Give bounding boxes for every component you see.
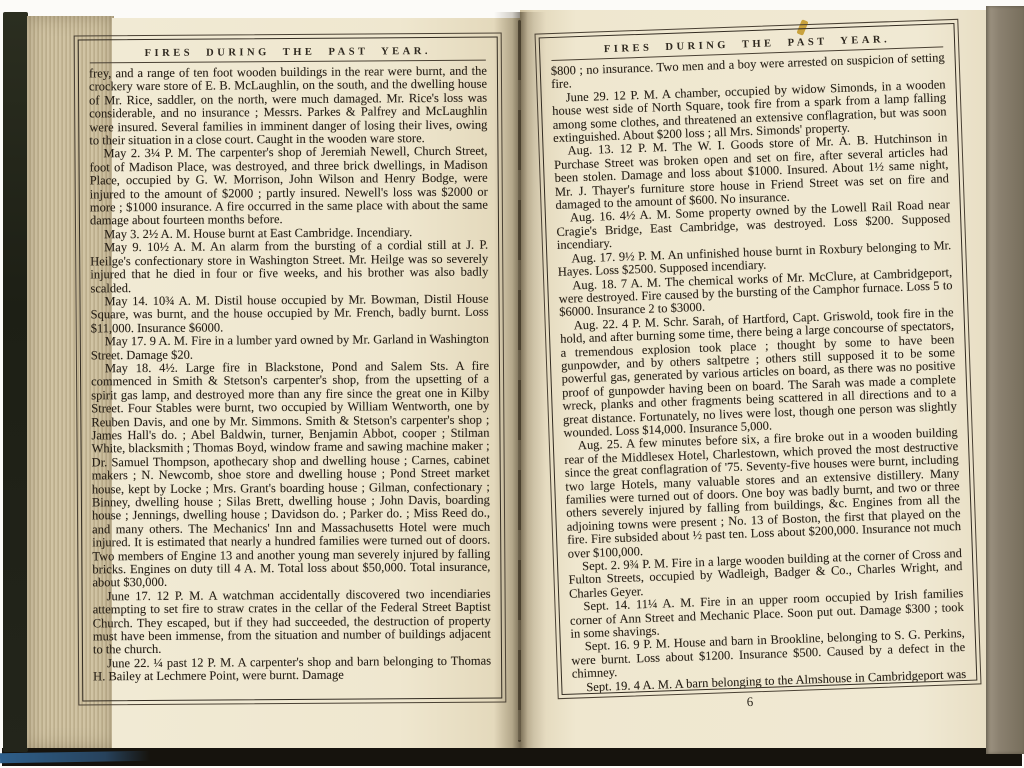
body-paragraph: Aug. 25. A few minutes before six, a fir…	[564, 426, 962, 560]
right-page-block	[986, 6, 1024, 754]
body-paragraph: June 22. ¼ past 12 P. M. A carpenter's s…	[93, 654, 491, 684]
right-page-frame: FIRES DURING THE PAST YEAR. $800 ; no in…	[535, 19, 982, 699]
left-page-text-block: FIRES DURING THE PAST YEAR. frey, and a …	[78, 37, 503, 702]
body-paragraph: May 18. 4½. Large fire in Blackstone, Po…	[91, 360, 491, 591]
body-paragraph: Aug. 22. 4 P. M. Schr. Sarah, of Hartfor…	[560, 306, 958, 440]
left-body-text: frey, and a range of ten foot wooden bui…	[89, 65, 491, 684]
body-paragraph: May 2. 3¼ P. M. The carpenter's shop of …	[89, 145, 488, 228]
left-page-frame: FIRES DURING THE PAST YEAR. frey, and a …	[74, 33, 507, 706]
right-page-text-block: FIRES DURING THE PAST YEAR. $800 ; no in…	[539, 23, 978, 695]
table-surface	[2, 748, 1022, 766]
body-paragraph: May 17. 9 A. M. Fire in a lumber yard ow…	[91, 333, 489, 363]
body-paragraph: May 9. 10½ A. M. An alarm from the burst…	[90, 239, 488, 295]
right-body-text: $800 ; no insurance. Two men and a boy w…	[551, 51, 967, 695]
book-photograph: FIRES DURING THE PAST YEAR. frey, and a …	[0, 0, 1024, 768]
body-paragraph: June 17. 12 P. M. A watchman accidentall…	[93, 587, 491, 657]
body-paragraph: May 14. 10¾ A. M. Distil house occupied …	[90, 293, 488, 336]
body-paragraph: frey, and a range of ten foot wooden bui…	[89, 65, 488, 148]
spine-stitching	[518, 20, 521, 742]
book-cover-edge	[3, 12, 28, 752]
